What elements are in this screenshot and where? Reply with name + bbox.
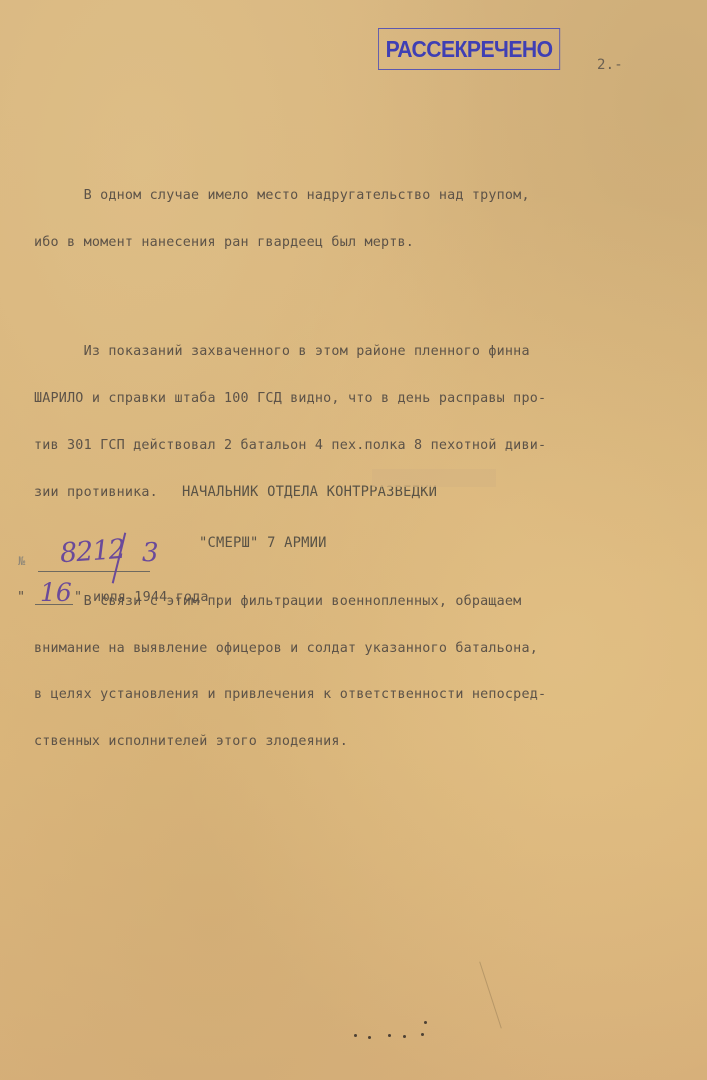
speck [368,1036,371,1039]
redacted-name [372,469,496,487]
number-underline [38,571,150,572]
speck [421,1033,424,1036]
paper-crease [479,962,502,1029]
speck [403,1035,406,1038]
page-number: 2.- [597,58,623,74]
text-line: Из показаний захваченного в этом районе … [34,344,546,360]
number-sign: № [18,554,25,570]
signature-unit: "СМЕРШ" 7 АРМИИ [182,535,437,552]
declassified-stamp: РАССЕКРЕЧЕНО [378,28,560,70]
text-line: В одном случае имело место надругательст… [34,188,546,204]
date-month-year: июля 1944 года [93,590,209,606]
speck [388,1034,391,1037]
text-line: ственных исполнителей этого злодеяния. [34,734,546,750]
text-line: ибо в момент нанесения ран гвардеец был … [34,235,546,251]
text-line: в целях установления и привлечения к отв… [34,687,546,703]
document-page: РАССЕКРЕЧЕНО 2.- В одном случае имело ме… [0,0,707,1080]
text-line: ШАРИЛО и справки штаба 100 ГСД видно, чт… [34,391,546,407]
handwritten-number-suffix: 3 [142,538,159,568]
ink-specks [350,1020,440,1040]
text-line: внимание на выявление офицеров и солдат … [34,641,546,657]
date-open-quote: " [17,590,25,606]
speck [354,1034,357,1037]
speck [424,1021,427,1024]
date-close-quote: " [74,590,82,606]
handwritten-day: 16 [40,578,72,607]
paragraph-1: В одном случае имело место надругательст… [34,157,546,282]
